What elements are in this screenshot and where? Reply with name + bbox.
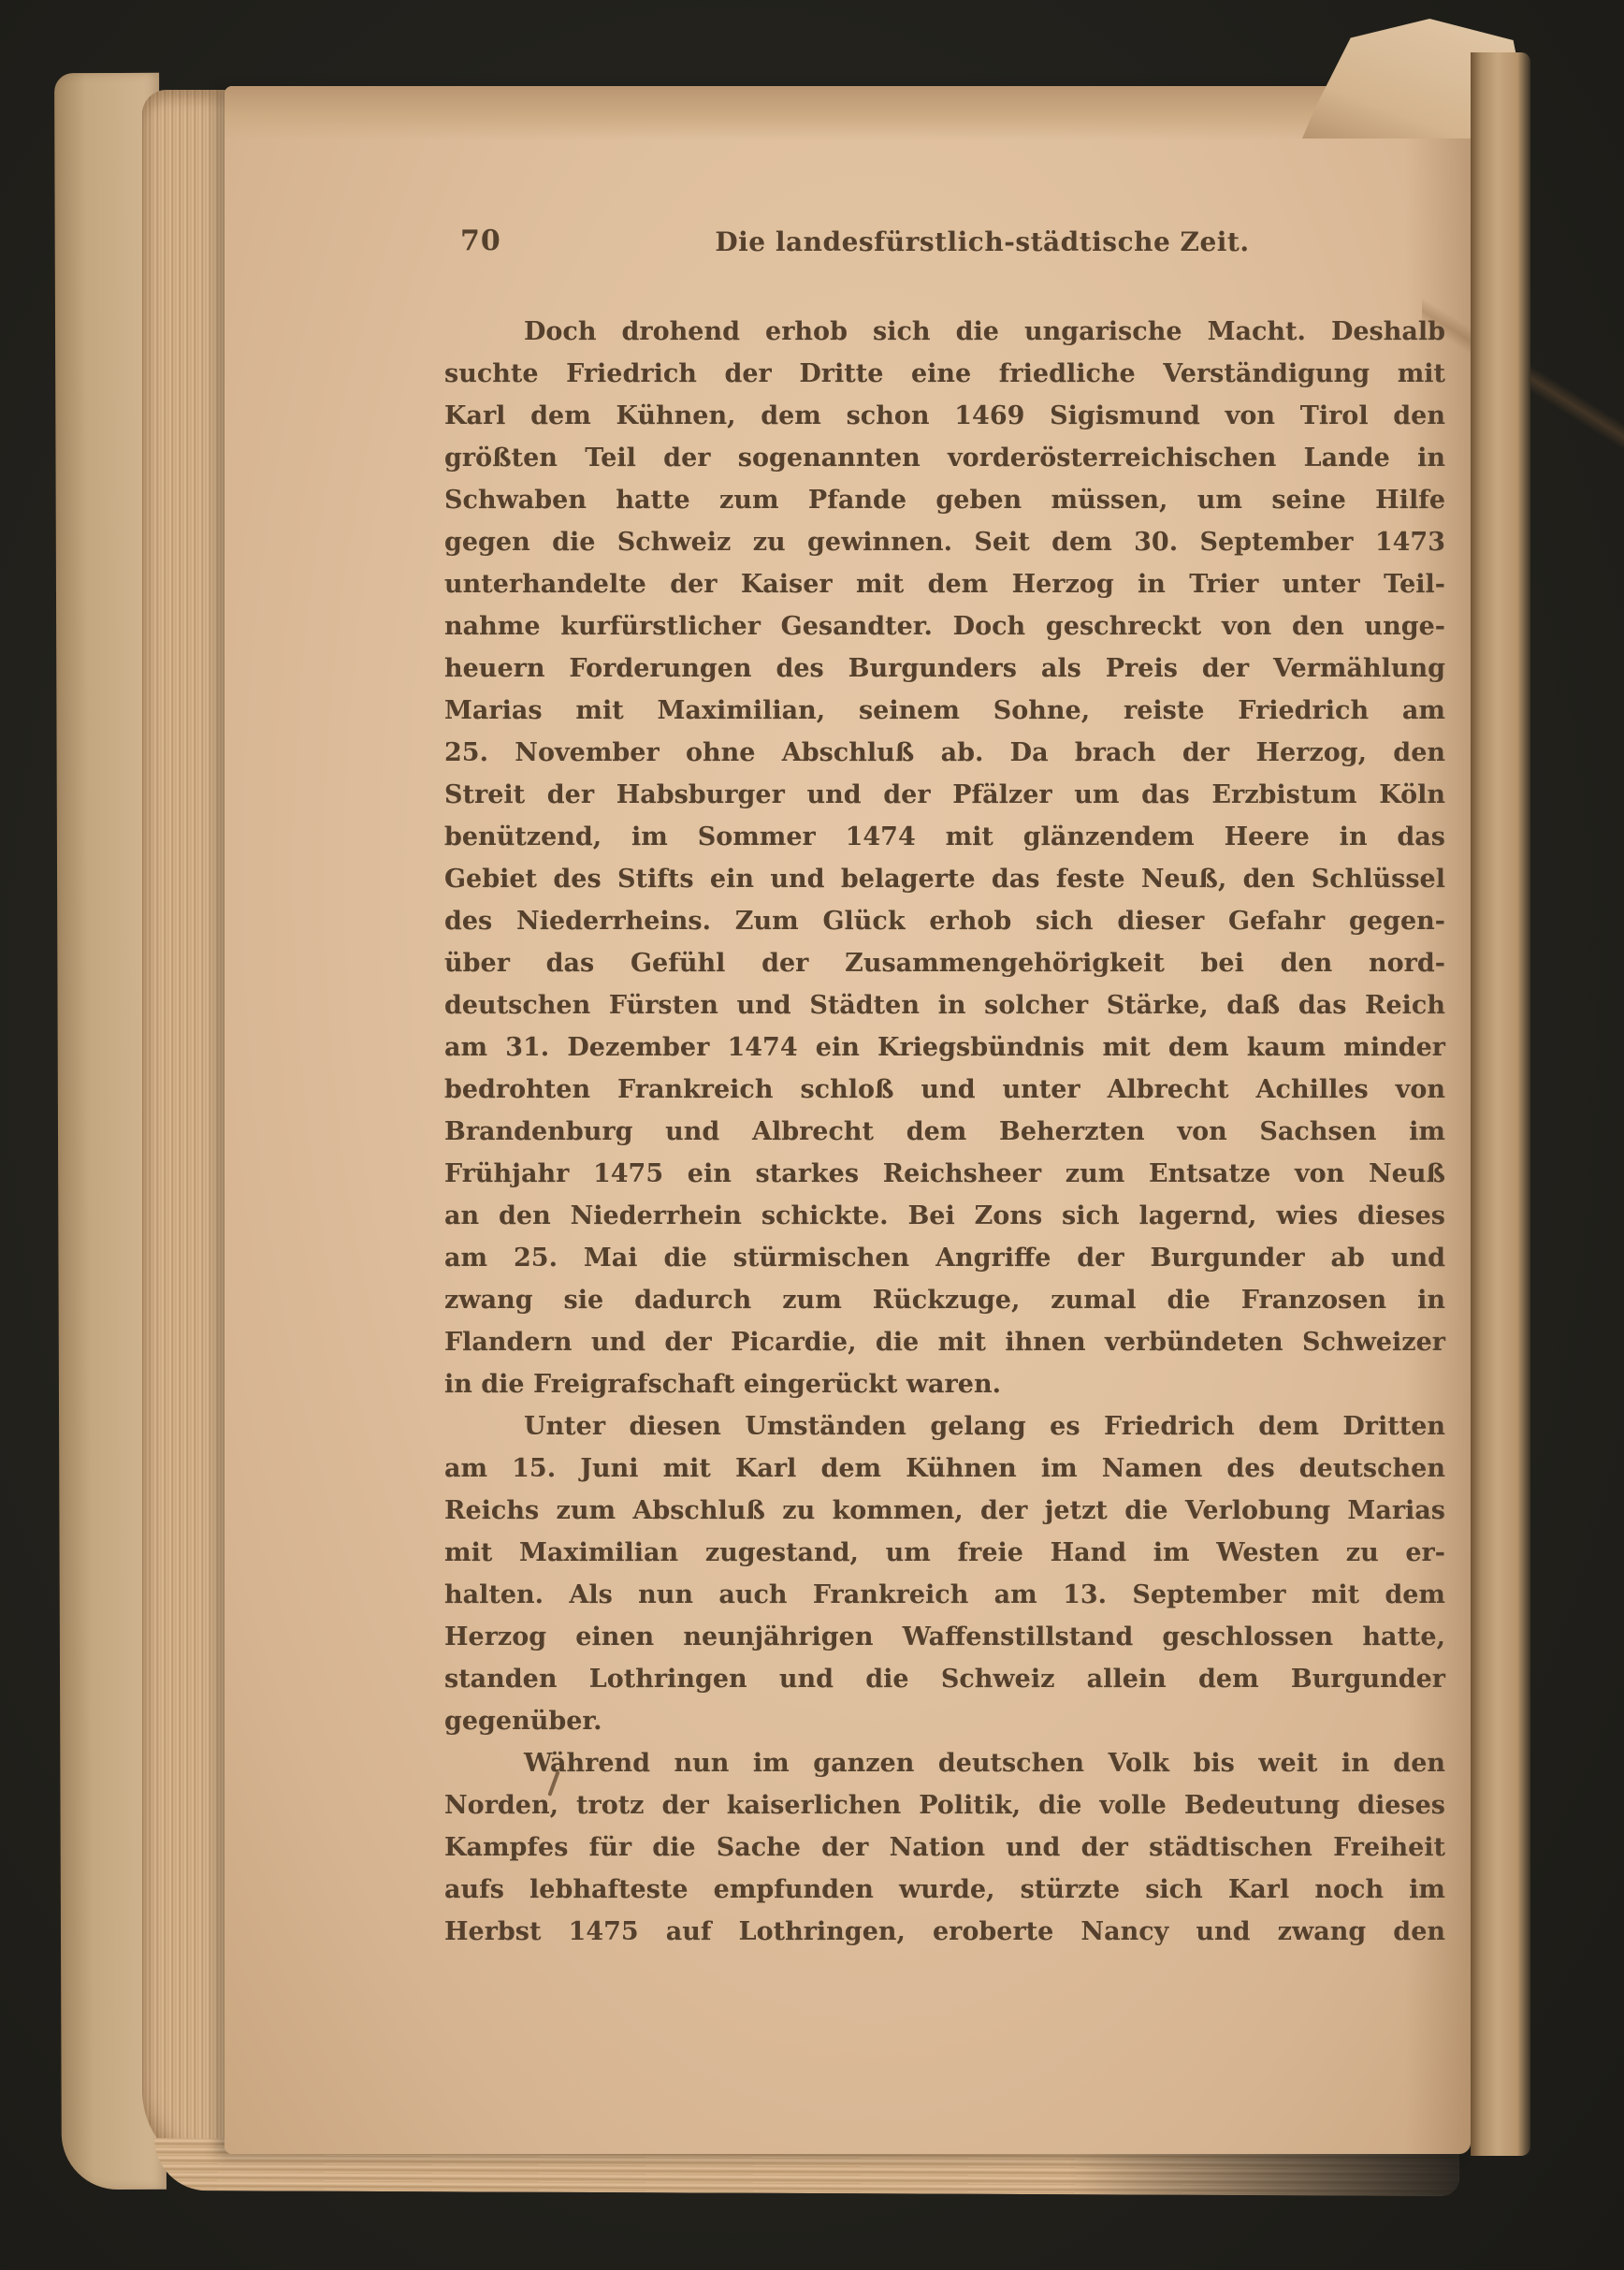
text-line: Während nun im ganzen deutschen Volk bis…: [444, 1742, 1445, 1784]
paragraph: Unter diesen Umständen gelang es Friedri…: [444, 1405, 1445, 1742]
text-line: Herzog einen neunjährigen Waffenstillsta…: [444, 1616, 1445, 1658]
text-line: Karl dem Kühnen, dem schon 1469 Sigismun…: [444, 395, 1445, 437]
text-line: Herbst 1475 auf Lothringen, eroberte Nan…: [444, 1911, 1445, 1953]
text-line: an den Niederrhein schickte. Bei Zons si…: [444, 1195, 1445, 1237]
text-line: Kampfes für die Sache der Nation und der…: [444, 1826, 1445, 1869]
text-line: bedrohten Frankreich schloß und unter Al…: [444, 1069, 1445, 1111]
text-line: Brandenburg und Albrecht dem Beherzten v…: [444, 1111, 1445, 1153]
book-fore-edge-right: [1471, 52, 1530, 2156]
text-line: Gebiet des Stifts ein und belagerte das …: [444, 858, 1445, 900]
text-line: Unter diesen Umständen gelang es Friedri…: [444, 1405, 1445, 1448]
text-line: am 15. Juni mit Karl dem Kühnen im Namen…: [444, 1448, 1445, 1490]
text-line: größten Teil der sogenannten vorderöster…: [444, 437, 1445, 479]
text-line: über das Gefühl der Zusammengehörigkeit …: [444, 942, 1445, 984]
text-line: gegen die Schweiz zu gewinnen. Seit dem …: [444, 521, 1445, 563]
page-top-edge: [225, 86, 1471, 140]
text-line: Flandern und der Picardie, die mit ihnen…: [444, 1321, 1445, 1363]
paragraph: Doch drohend erhob sich die ungarische M…: [444, 311, 1445, 1405]
text-line: Norden, trotz der kaiserlichen Politik, …: [444, 1784, 1445, 1826]
running-title: Die landesfürstlich-städtische Zeit.: [711, 226, 1254, 257]
page-body-text: Doch drohend erhob sich die ungarische M…: [444, 311, 1445, 1953]
text-line: aufs lebhafteste empfunden wurde, stürzt…: [444, 1869, 1445, 1911]
photo-background: 70 Die landesfürstlich-städtische Zeit. …: [0, 0, 1624, 2270]
page-number: 70: [460, 225, 501, 257]
text-line: nahme kurfürstlicher Gesandter. Doch ges…: [444, 605, 1445, 648]
text-line: gegenüber.: [444, 1700, 1445, 1742]
text-line: Reichs zum Abschluß zu kommen, der jetzt…: [444, 1490, 1445, 1532]
text-line: standen Lothringen und die Schweiz allei…: [444, 1658, 1445, 1700]
text-line: 25. November ohne Abschluß ab. Da brach …: [444, 732, 1445, 774]
text-line: Doch drohend erhob sich die ungarische M…: [444, 311, 1445, 353]
text-line: Schwaben hatte zum Pfande geben müssen, …: [444, 479, 1445, 521]
text-line: am 25. Mai die stürmischen Angriffe der …: [444, 1237, 1445, 1279]
text-line: mit Maximilian zugestand, um freie Hand …: [444, 1532, 1445, 1574]
text-line: Frühjahr 1475 ein starkes Reichsheer zum…: [444, 1153, 1445, 1195]
text-line: des Niederrheins. Zum Glück erhob sich d…: [444, 900, 1445, 942]
text-line: halten. Als nun auch Frankreich am 13. S…: [444, 1574, 1445, 1616]
text-line: Streit der Habsburger und der Pfälzer um…: [444, 774, 1445, 816]
text-line: deutschen Fürsten und Städten in solcher…: [444, 984, 1445, 1026]
text-line: am 31. Dezember 1474 ein Kriegsbündnis m…: [444, 1026, 1445, 1069]
text-line: suchte Friedrich der Dritte eine friedli…: [444, 353, 1445, 395]
text-line: benützend, im Sommer 1474 mit glänzendem…: [444, 816, 1445, 858]
text-line: heuern Forderungen des Burgunders als Pr…: [444, 648, 1445, 690]
text-line: Marias mit Maximilian, seinem Sohne, rei…: [444, 690, 1445, 732]
book-page: 70 Die landesfürstlich-städtische Zeit. …: [225, 86, 1471, 2154]
paragraph: Während nun im ganzen deutschen Volk bis…: [444, 1742, 1445, 1953]
text-line: unterhandelte der Kaiser mit dem Herzog …: [444, 563, 1445, 605]
text-line: zwang sie dadurch zum Rückzuge, zumal di…: [444, 1279, 1445, 1321]
text-line: in die Freigrafschaft eingerückt waren.: [444, 1363, 1445, 1405]
